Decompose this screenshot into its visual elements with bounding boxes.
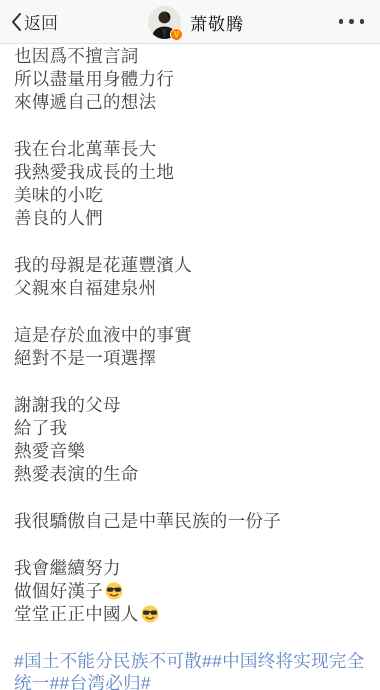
ellipsis-dot xyxy=(349,19,354,24)
ellipsis-dot xyxy=(360,19,365,24)
post-paragraph: 也因爲不擅言詞 所以盡量用身體力行 來傳遞自己的想法 xyxy=(14,45,366,114)
post-paragraph: 這是存於血液中的事實 絕對不是一項選擇 xyxy=(14,324,366,370)
ellipsis-dot xyxy=(339,19,344,24)
back-label: 返回 xyxy=(24,9,58,34)
post-line: 善良的人們 xyxy=(14,207,366,230)
back-button[interactable]: 返回 xyxy=(10,9,58,34)
post-paragraph: 我在台北萬華長大 我熱愛我成長的土地 美味的小吃 善良的人們 xyxy=(14,138,366,230)
post-line: 父親來自福建泉州 xyxy=(14,277,366,300)
post-line: 堂堂正正中國人 xyxy=(14,603,366,626)
profile-title-group[interactable]: V 萧敬腾 xyxy=(148,0,244,44)
post-line: 我會繼續努力 xyxy=(14,557,366,580)
post-line: 我的母親是花蓮豐濱人 xyxy=(14,254,366,277)
post-paragraph: 我會繼續努力 做個好漢子 堂堂正正中國人 xyxy=(14,557,366,626)
nav-bar: 返回 V 萧敬腾 xyxy=(0,0,380,44)
post-line: 也因爲不擅言詞 xyxy=(14,45,366,68)
post-line: 熱愛表演的生命 xyxy=(14,463,366,486)
post-paragraph: 謝謝我的父母 給了我 熱愛音樂 熱愛表演的生命 xyxy=(14,394,366,486)
post-line: 絕對不是一項選擇 xyxy=(14,347,366,370)
post-line: 我熱愛我成長的土地 xyxy=(14,161,366,184)
post-line: 我很驕傲自己是中華民族的一份子 xyxy=(14,510,366,533)
sunglasses-emoji xyxy=(105,582,123,600)
post-line: 熱愛音樂 xyxy=(14,440,366,463)
post-paragraph: 我很驕傲自己是中華民族的一份子 xyxy=(14,510,366,533)
chevron-left-icon xyxy=(10,12,22,32)
post-line: 謝謝我的父母 xyxy=(14,394,366,417)
sunglasses-emoji xyxy=(141,605,159,623)
post-line: 給了我 xyxy=(14,417,366,440)
avatar: V xyxy=(148,6,181,39)
post-line: 做個好漢子 xyxy=(14,580,366,603)
more-options-button[interactable] xyxy=(337,11,367,32)
post-content-scroll-area[interactable]: 也因爲不擅言詞 所以盡量用身體力行 來傳遞自己的想法 我在台北萬華長大 我熱愛我… xyxy=(0,44,380,690)
verified-badge-icon: V xyxy=(170,28,183,41)
user-name: 萧敬腾 xyxy=(190,10,244,35)
post-line: 來傳遞自己的想法 xyxy=(14,91,366,114)
post-line: 我在台北萬華長大 xyxy=(14,138,366,161)
post-paragraph: 我的母親是花蓮豐濱人 父親來自福建泉州 xyxy=(14,254,366,300)
post-line: 這是存於血液中的事實 xyxy=(14,324,366,347)
hashtag-links[interactable]: #国土不能分民族不可散##中国终将实现完全统一##台湾必归# xyxy=(14,650,366,690)
post-line: 美味的小吃 xyxy=(14,184,366,207)
post-line: 所以盡量用身體力行 xyxy=(14,68,366,91)
